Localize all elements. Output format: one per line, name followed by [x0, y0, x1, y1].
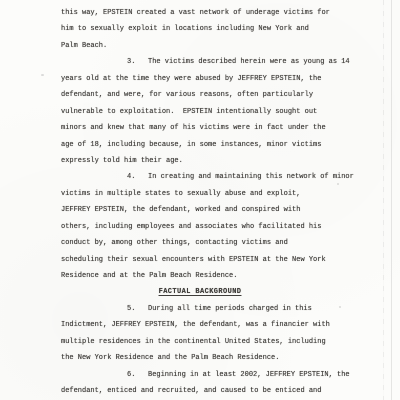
- paragraph-5-start: 5. During all time periods charged in th…: [61, 301, 339, 317]
- document-text-block: this way, EPSTEIN created a vast network…: [61, 5, 339, 400]
- document-line: defendant, and were, for various reasons…: [61, 87, 339, 103]
- paragraph-6-start: 6. Beginning in at least 2002, JEFFREY E…: [61, 367, 339, 383]
- document-line: Indictment, JEFFREY EPSTEIN, the defenda…: [61, 317, 339, 333]
- paragraph-4-start: 4. In creating and maintaining this netw…: [61, 169, 339, 185]
- document-line: victims in multiple states to sexually a…: [61, 186, 339, 202]
- document-line: years old at the time they were abused b…: [61, 71, 339, 87]
- page-edge-line: [391, 0, 392, 400]
- document-line: JEFFREY EPSTEIN, the defendant, worked a…: [61, 202, 339, 218]
- document-line: the New York Residence and the Palm Beac…: [61, 350, 339, 366]
- document-line: vulnerable to exploitation. EPSTEIN inte…: [61, 104, 339, 120]
- document-line: Residence and at the Palm Beach Residenc…: [61, 268, 339, 284]
- scan-speck: [41, 74, 44, 76]
- document-line: expressly told him their age.: [61, 153, 339, 169]
- document-line: conduct by, among other things, contacti…: [61, 235, 339, 251]
- document-line: this way, EPSTEIN created a vast network…: [61, 5, 339, 21]
- document-line: minors and knew that many of his victims…: [61, 120, 339, 136]
- document-page: this way, EPSTEIN created a vast network…: [0, 0, 400, 400]
- document-line: him to sexually exploit in locations inc…: [61, 21, 339, 37]
- scan-speck: [108, 389, 111, 391]
- document-line: multiple residences in the continental U…: [61, 334, 339, 350]
- document-line: defendant, enticed and recruited, and ca…: [61, 383, 339, 399]
- paragraph-3-start: 3. The victims described herein were as …: [61, 54, 339, 70]
- document-line: Palm Beach.: [61, 38, 339, 54]
- document-line: age of 18, including because, in some in…: [61, 137, 339, 153]
- section-heading: FACTUAL BACKGROUND: [61, 284, 339, 300]
- scan-speck: [339, 306, 341, 308]
- scan-speck: [337, 183, 339, 185]
- scan-artifact-line: [383, 0, 384, 400]
- document-line: others, including employees and associat…: [61, 219, 339, 235]
- document-line: scheduling their sexual encounters with …: [61, 252, 339, 268]
